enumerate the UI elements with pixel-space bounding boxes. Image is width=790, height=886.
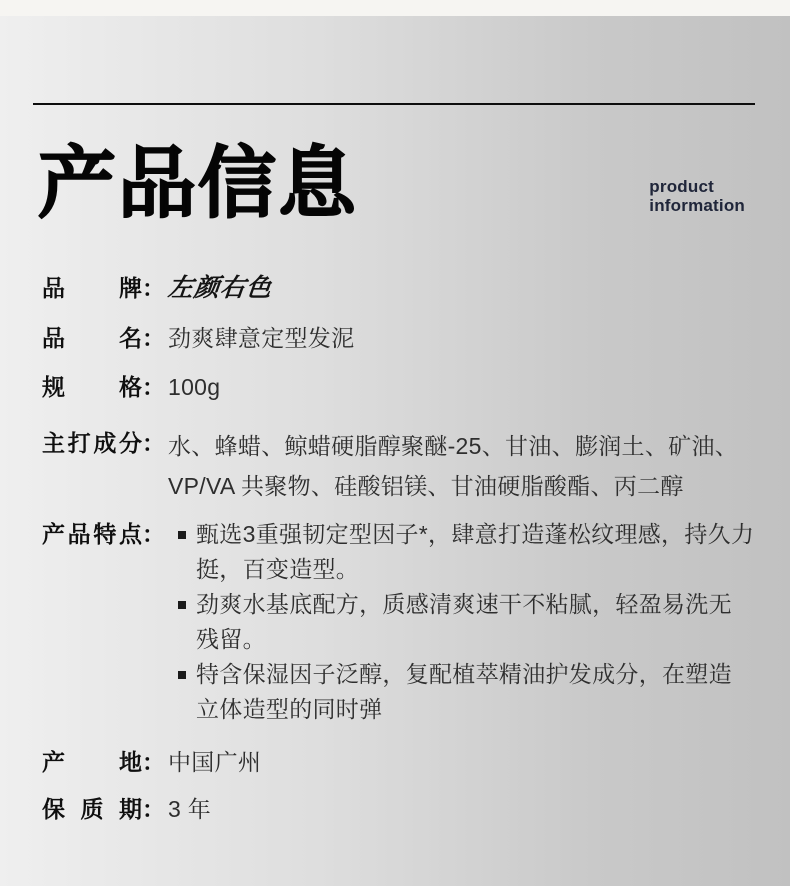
row-features: 产品特点： 甄选3重强韧定型因子*，肆意打造蓬松纹理感，持久力挺，百变造型。 劲… [42, 517, 755, 727]
ingredients-label: 主打成分： [42, 426, 168, 461]
row-origin: 产地： 中国广州 [42, 745, 755, 780]
origin-value: 中国广州 [168, 745, 755, 780]
spec-table: 品牌： 左颜右色 品名： 劲爽肆意定型发泥 规格： 100g [42, 271, 755, 827]
gradient-canvas: 产品信息 product information 品牌： 左颜右色 品名： 劲爽… [0, 16, 790, 886]
product-info-page: 产品信息 product information 品牌： 左颜右色 品名： 劲爽… [0, 0, 790, 886]
page-title: 产品信息 [38, 139, 358, 229]
brand-value: 左颜右色 [168, 271, 755, 306]
shelf-life-value: 3 年 [168, 792, 755, 827]
ingredients-value: 水、蜂蜡、鲸蜡硬脂醇聚醚-25、甘油、膨润土、矿油、VP/VA 共聚物、硅酸铝镁… [168, 426, 755, 506]
shelf-life-label: 保质期： [42, 792, 168, 827]
product-name-label: 品名： [42, 321, 168, 356]
feature-text: 劲爽水基底配方，质感清爽速干不粘腻，轻盈易洗无残留。 [196, 591, 732, 652]
subtitle-line-1: product [649, 177, 745, 196]
brand-logo: 左颜右色 [166, 271, 274, 306]
bullet-square-icon [178, 601, 186, 609]
spec-label: 规格： [42, 370, 168, 405]
brand-label: 品牌： [42, 271, 168, 306]
top-strip [0, 0, 790, 16]
row-product-name: 品名： 劲爽肆意定型发泥 [42, 321, 755, 356]
spec-value: 100g [168, 370, 755, 405]
row-shelf-life: 保质期： 3 年 [42, 792, 755, 827]
features-bullet-list: 甄选3重强韧定型因子*，肆意打造蓬松纹理感，持久力挺，百变造型。 劲爽水基底配方… [168, 517, 755, 727]
page-subtitle-en: product information [649, 177, 745, 215]
page-header: 产品信息 product information [38, 139, 745, 229]
feature-item: 劲爽水基底配方，质感清爽速干不粘腻，轻盈易洗无残留。 [168, 587, 755, 657]
features-value: 甄选3重强韧定型因子*，肆意打造蓬松纹理感，持久力挺，百变造型。 劲爽水基底配方… [168, 517, 755, 727]
bullet-square-icon [178, 531, 186, 539]
product-name-value: 劲爽肆意定型发泥 [168, 321, 755, 356]
feature-text: 甄选3重强韧定型因子*，肆意打造蓬松纹理感，持久力挺，百变造型。 [196, 521, 754, 582]
row-spec: 规格： 100g [42, 370, 755, 405]
features-label: 产品特点： [42, 517, 168, 552]
subtitle-line-2: information [649, 196, 745, 215]
row-ingredients: 主打成分： 水、蜂蜡、鲸蜡硬脂醇聚醚-25、甘油、膨润土、矿油、VP/VA 共聚… [42, 426, 755, 506]
origin-label: 产地： [42, 745, 168, 780]
bullet-square-icon [178, 671, 186, 679]
feature-text: 特含保湿因子泛醇，复配植萃精油护发成分，在塑造立体造型的同时弹 [196, 661, 732, 722]
row-brand: 品牌： 左颜右色 [42, 271, 755, 306]
feature-item: 甄选3重强韧定型因子*，肆意打造蓬松纹理感，持久力挺，百变造型。 [168, 517, 755, 587]
feature-item: 特含保湿因子泛醇，复配植萃精油护发成分，在塑造立体造型的同时弹 [168, 657, 755, 727]
header-divider [33, 103, 755, 105]
